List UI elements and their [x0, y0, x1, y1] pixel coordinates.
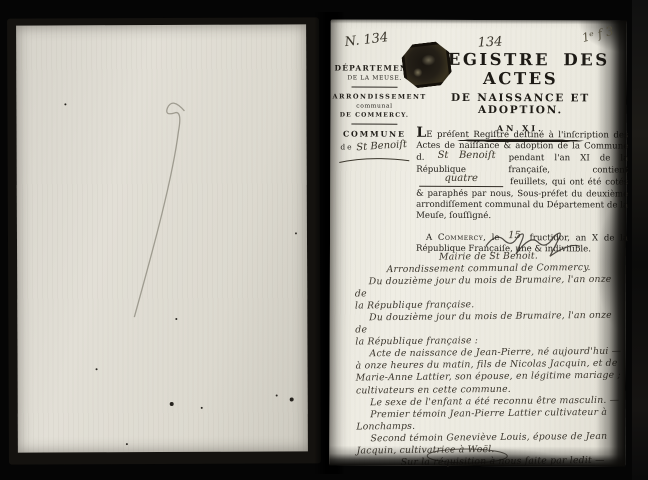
folio-number-right: 1ᵉ f 3	[581, 24, 615, 45]
commune-insert-handwritten: St Benoiſt	[438, 150, 496, 161]
lead-initial: L	[416, 125, 426, 141]
dateline-place: Commercy	[438, 232, 483, 242]
book-fore-edge	[632, 0, 648, 480]
count-insert-handwritten: quatre	[444, 173, 478, 184]
commune-de: de	[340, 143, 353, 152]
scanned-register-spread: N. 134 134 1ᵉ f 3 DÉPARTEMENT DE LA MEUS…	[0, 0, 648, 480]
signature-flourish	[480, 224, 584, 260]
oval-flourish	[421, 446, 513, 466]
commune-name-handwritten: St Benoiſt	[356, 139, 407, 153]
arrondissement-communal: communal	[332, 102, 416, 109]
manuscript-line: Du douzième jour du mois de Brumaire, l'…	[355, 310, 623, 337]
arrondissement-name: DE COMMERCY.	[332, 111, 416, 118]
margin-rule	[351, 124, 397, 125]
dateline-a: A	[426, 232, 432, 242]
manuscript-entry: Mairie de St Benoit. Arrondissement comm…	[354, 250, 624, 470]
folio-number-left: N. 134	[344, 30, 389, 50]
right-page: N. 134 134 1ᵉ f 3 DÉPARTEMENT DE LA MEUS…	[329, 19, 627, 466]
arrondissement-label: ARRONDISSEMENT	[332, 92, 416, 100]
ink-speck	[64, 103, 66, 105]
commune-label: COMMUNE	[332, 129, 416, 138]
register-subtitle: DE NAISSANCE ET ADOPTION.	[414, 92, 626, 117]
fill-in-line: quatre	[419, 174, 503, 187]
manuscript-line: Du douzième jour du mois de Brumaire, l'…	[355, 274, 623, 301]
left-page-paper	[16, 24, 308, 452]
left-page-cover	[7, 17, 321, 464]
margin-admin-block: DÉPARTEMENT DE LA MEUSE. ARRONDISSEMENT …	[332, 63, 416, 170]
stray-pen-mark	[16, 24, 330, 471]
margin-rule	[352, 87, 398, 88]
folio-number-center: 134	[477, 34, 503, 50]
commune-underline-flourish	[335, 157, 413, 167]
